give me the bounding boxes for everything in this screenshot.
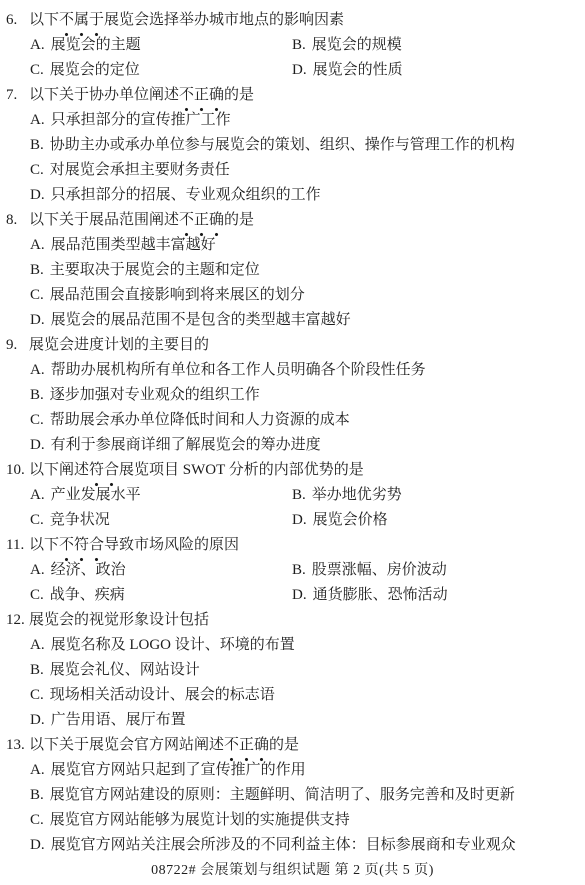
question-block: 10.以下阐述符合展览项目 SWOT 分析的内部优势的是A.产业发展水平B.举办… [0, 458, 585, 533]
option-text: 帮助展会承办单位降低时间和人力资源的成本 [50, 412, 350, 428]
question-stem: 10.以下阐述符合展览项目 SWOT 分析的内部优势的是 [0, 458, 585, 483]
option-row: B.协助主办或承办单位参与展览会的策划、组织、操作与管理工作的机构 [0, 133, 585, 158]
option-text: 有利于参展商详细了解展览会的筹办进度 [51, 437, 321, 453]
stem-pre-text: 以下阐述 [29, 462, 89, 478]
option-label: D. [292, 587, 307, 603]
option-c: C.帮助展会承办单位降低时间和人力资源的成本 [30, 412, 350, 428]
question-stem-text: 以下关于协办单位阐述不正确的是 [29, 87, 254, 103]
option-label: B. [30, 662, 44, 678]
option-label: B. [30, 262, 44, 278]
option-row: C.帮助展会承办单位降低时间和人力资源的成本 [0, 408, 585, 433]
question-block: 13.以下关于展览会官方网站阐述不正确的是A.展览官方网站只起到了宣传推广的作用… [0, 733, 585, 858]
option-c: C.展览官方网站能够为展览计划的实施提供支持 [30, 812, 350, 828]
option-b: B.主要取决于展览会的主题和定位 [30, 262, 260, 278]
option-label: A. [30, 112, 45, 128]
option-label: B. [30, 787, 44, 803]
option-text: 展览会的主题 [51, 37, 141, 53]
option-label: C. [30, 687, 44, 703]
option-row: D.展览会的展品范围不是包含的类型越丰富越好 [0, 308, 585, 333]
question-number: 7. [6, 83, 29, 108]
option-text: 只承担部分的宣传推广工作 [51, 112, 231, 128]
option-row: A.经济、政治B.股票涨幅、房价波动 [0, 558, 585, 583]
page-footer: 08722# 会展策划与组织试题 第 2 页(共 5 页) [0, 858, 585, 883]
option-text: 展览会的性质 [313, 62, 403, 78]
option-row: B.展览会礼仪、网站设计 [0, 658, 585, 683]
exam-page: 6.以下不属于展览会选择举办城市地点的影响因素A.展览会的主题B.展览会的规模C… [0, 0, 585, 885]
option-d: D.展览会价格 [292, 512, 388, 528]
option-text: 展览会的展品范围不是包含的类型越丰富越好 [51, 312, 351, 328]
option-row: C.展品范围会直接影响到将来展区的划分 [0, 283, 585, 308]
option-d: D.展览会的展品范围不是包含的类型越丰富越好 [30, 312, 351, 328]
stem-post-text: 导致市场风险的原因 [104, 537, 239, 553]
option-b: B.展览会礼仪、网站设计 [30, 662, 200, 678]
option-text: 展览会的定位 [50, 62, 140, 78]
stem-pre-text: 展览会进度计划的主要目的 [29, 337, 209, 353]
option-label: C. [30, 512, 44, 528]
option-text: 展览会礼仪、网站设计 [50, 662, 200, 678]
option-text: 只承担部分的招展、专业观众组织的工作 [51, 187, 321, 203]
option-row: A.展览会的主题B.展览会的规模 [0, 33, 585, 58]
question-stem: 13.以下关于展览会官方网站阐述不正确的是 [0, 733, 585, 758]
option-label: D. [30, 437, 45, 453]
option-d: D.广告用语、展厅布置 [30, 712, 186, 728]
option-text: 协助主办或承办单位参与展览会的策划、组织、操作与管理工作的机构 [50, 137, 515, 153]
option-a: A.展览会的主题 [30, 33, 292, 58]
question-list: 6.以下不属于展览会选择举办城市地点的影响因素A.展览会的主题B.展览会的规模C… [0, 8, 585, 858]
option-label: A. [30, 562, 45, 578]
option-b: B.股票涨幅、房价波动 [292, 562, 447, 578]
option-c: C.对展览会承担主要财务责任 [30, 162, 230, 178]
option-label: D. [30, 712, 45, 728]
option-row: D.只承担部分的招展、专业观众组织的工作 [0, 183, 585, 208]
option-label: D. [30, 187, 45, 203]
footer-text: 08722# 会展策划与组织试题 第 2 页(共 5 页) [151, 863, 434, 878]
option-text: 现场相关活动设计、展会的标志语 [50, 687, 275, 703]
question-number: 11. [6, 533, 29, 558]
option-a: A.展览名称及 LOGO 设计、环境的布置 [30, 637, 295, 653]
option-label: C. [30, 587, 44, 603]
option-row: A.产业发展水平B.举办地优劣势 [0, 483, 585, 508]
option-label: A. [30, 37, 45, 53]
question-block: 12.展览会的视觉形象设计包括A.展览名称及 LOGO 设计、环境的布置B.展览… [0, 608, 585, 733]
question-stem: 9.展览会进度计划的主要目的 [0, 333, 585, 358]
option-label: C. [30, 162, 44, 178]
option-row: B.逐步加强对专业观众的组织工作 [0, 383, 585, 408]
option-text: 主要取决于展览会的主题和定位 [50, 262, 260, 278]
question-number: 8. [6, 208, 29, 233]
question-number: 12. [6, 608, 29, 633]
question-stem-text: 展览会进度计划的主要目的 [29, 337, 209, 353]
option-row: B.展览官方网站建设的原则：主题鲜明、简洁明了、服务完善和及时更新 [0, 783, 585, 808]
question-block: 7.以下关于协办单位阐述不正确的是A.只承担部分的宣传推广工作B.协助主办或承办… [0, 83, 585, 208]
option-label: D. [30, 837, 45, 853]
option-row: A.展览官方网站只起到了宣传推广的作用 [0, 758, 585, 783]
option-row: A.帮助办展机构所有单位和各工作人员明确各个阶段性任务 [0, 358, 585, 383]
option-a: A.展品范围类型越丰富越好 [30, 237, 216, 253]
option-d: D.展览官方网站关注展会所涉及的不同利益主体：目标参展商和专业观众 [30, 837, 516, 853]
option-label: C. [30, 812, 44, 828]
option-label: A. [30, 362, 45, 378]
option-text: 逐步加强对专业观众的组织工作 [50, 387, 260, 403]
option-row: D.有利于参展商详细了解展览会的筹办进度 [0, 433, 585, 458]
option-b: B.展览官方网站建设的原则：主题鲜明、简洁明了、服务完善和及时更新 [30, 787, 515, 803]
option-label: A. [30, 762, 45, 778]
option-label: B. [30, 137, 44, 153]
option-c: C.现场相关活动设计、展会的标志语 [30, 687, 275, 703]
option-text: 举办地优劣势 [312, 487, 402, 503]
option-a: A.帮助办展机构所有单位和各工作人员明确各个阶段性任务 [30, 362, 426, 378]
option-row: A.展览名称及 LOGO 设计、环境的布置 [0, 633, 585, 658]
question-stem: 8.以下关于展品范围阐述不正确的是 [0, 208, 585, 233]
option-row: C.展览会的定位D.展览会的性质 [0, 58, 585, 83]
stem-pre-text: 以下 [29, 12, 59, 28]
question-block: 6.以下不属于展览会选择举办城市地点的影响因素A.展览会的主题B.展览会的规模C… [0, 8, 585, 83]
option-label: B. [292, 487, 306, 503]
stem-pre-text: 以下关于展览会官方网站阐述 [29, 737, 224, 753]
option-label: D. [30, 312, 45, 328]
option-row: D.展览官方网站关注展会所涉及的不同利益主体：目标参展商和专业观众 [0, 833, 585, 858]
question-stem: 11.以下不符合导致市场风险的原因 [0, 533, 585, 558]
option-text: 展品范围会直接影响到将来展区的划分 [50, 287, 305, 303]
question-stem-text: 以下阐述符合展览项目 SWOT 分析的内部优势的是 [29, 462, 364, 478]
question-block: 11.以下不符合导致市场风险的原因A.经济、政治B.股票涨幅、房价波动C.战争、… [0, 533, 585, 608]
stem-post-text: 的是 [224, 212, 254, 228]
stem-pre-text: 展览会的视觉形象设计包括 [29, 612, 209, 628]
question-number: 10. [6, 458, 29, 483]
option-text: 展品范围类型越丰富越好 [51, 237, 216, 253]
option-d: D.只承担部分的招展、专业观众组织的工作 [30, 187, 321, 203]
option-text: 对展览会承担主要财务责任 [50, 162, 230, 178]
option-label: C. [30, 412, 44, 428]
option-b: B.举办地优劣势 [292, 487, 402, 503]
option-text: 帮助办展机构所有单位和各工作人员明确各个阶段性任务 [51, 362, 426, 378]
option-label: B. [292, 37, 306, 53]
option-d: D.通货膨胀、恐怖活动 [292, 587, 448, 603]
option-c: C.战争、疾病 [30, 583, 292, 608]
question-block: 8.以下关于展品范围阐述不正确的是A.展品范围类型越丰富越好B.主要取决于展览会… [0, 208, 585, 333]
option-b: B.逐步加强对专业观众的组织工作 [30, 387, 260, 403]
option-text: 展览官方网站只起到了宣传推广的作用 [51, 762, 306, 778]
stem-pre-text: 以下关于协办单位阐述 [29, 87, 179, 103]
option-text: 展览官方网站能够为展览计划的实施提供支持 [50, 812, 350, 828]
question-stem-text: 以下关于展览会官方网站阐述不正确的是 [29, 737, 299, 753]
option-c: C.展览会的定位 [30, 58, 292, 83]
option-row: C.战争、疾病D.通货膨胀、恐怖活动 [0, 583, 585, 608]
option-c: C.展品范围会直接影响到将来展区的划分 [30, 287, 305, 303]
stem-pre-text: 以下关于展品范围阐述 [29, 212, 179, 228]
question-stem: 12.展览会的视觉形象设计包括 [0, 608, 585, 633]
question-number: 6. [6, 8, 29, 33]
option-b: B.协助主办或承办单位参与展览会的策划、组织、操作与管理工作的机构 [30, 137, 515, 153]
question-stem-text: 以下不符合导致市场风险的原因 [29, 537, 239, 553]
option-text: 股票涨幅、房价波动 [312, 562, 447, 578]
stem-post-text: 的是 [224, 87, 254, 103]
option-text: 展览名称及 LOGO 设计、环境的布置 [51, 637, 295, 653]
option-row: A.只承担部分的宣传推广工作 [0, 108, 585, 133]
stem-pre-text: 以下 [29, 537, 59, 553]
option-label: B. [292, 562, 306, 578]
option-row: C.对展览会承担主要财务责任 [0, 158, 585, 183]
option-text: 展览会的规模 [312, 37, 402, 53]
option-text: 展览官方网站关注展会所涉及的不同利益主体：目标参展商和专业观众 [51, 837, 516, 853]
stem-post-text: 的是 [269, 737, 299, 753]
option-b: B.展览会的规模 [292, 37, 402, 53]
option-label: B. [30, 387, 44, 403]
question-stem-text: 以下不属于展览会选择举办城市地点的影响因素 [29, 12, 344, 28]
option-a: A.展览官方网站只起到了宣传推广的作用 [30, 762, 306, 778]
option-a: A.只承担部分的宣传推广工作 [30, 112, 231, 128]
option-label: C. [30, 62, 44, 78]
option-text: 战争、疾病 [50, 587, 125, 603]
option-text: 产业发展水平 [51, 487, 141, 503]
option-text: 展览官方网站建设的原则：主题鲜明、简洁明了、服务完善和及时更新 [50, 787, 515, 803]
option-label: A. [30, 637, 45, 653]
option-text: 展览会价格 [313, 512, 388, 528]
option-row: C.现场相关活动设计、展会的标志语 [0, 683, 585, 708]
option-label: A. [30, 237, 45, 253]
stem-post-text: 展览会选择举办城市地点的影响因素 [104, 12, 344, 28]
question-stem: 7.以下关于协办单位阐述不正确的是 [0, 83, 585, 108]
question-stem-text: 以下关于展品范围阐述不正确的是 [29, 212, 254, 228]
option-text: 竞争状况 [50, 512, 110, 528]
option-a: A.产业发展水平 [30, 483, 292, 508]
option-label: C. [30, 287, 44, 303]
stem-post-text: 展览项目 SWOT 分析的内部优势的是 [119, 462, 364, 478]
question-block: 9.展览会进度计划的主要目的A.帮助办展机构所有单位和各工作人员明确各个阶段性任… [0, 333, 585, 458]
question-number: 13. [6, 733, 29, 758]
question-stem: 6.以下不属于展览会选择举办城市地点的影响因素 [0, 8, 585, 33]
option-d: D.有利于参展商详细了解展览会的筹办进度 [30, 437, 321, 453]
option-row: B.主要取决于展览会的主题和定位 [0, 258, 585, 283]
option-a: A.经济、政治 [30, 558, 292, 583]
option-text: 通货膨胀、恐怖活动 [313, 587, 448, 603]
option-c: C.竞争状况 [30, 508, 292, 533]
option-text: 经济、政治 [51, 562, 126, 578]
question-stem-text: 展览会的视觉形象设计包括 [29, 612, 209, 628]
option-label: A. [30, 487, 45, 503]
question-number: 9. [6, 333, 29, 358]
option-row: D.广告用语、展厅布置 [0, 708, 585, 733]
option-d: D.展览会的性质 [292, 62, 403, 78]
option-label: D. [292, 512, 307, 528]
option-label: D. [292, 62, 307, 78]
option-row: C.竞争状况D.展览会价格 [0, 508, 585, 533]
option-text: 广告用语、展厅布置 [51, 712, 186, 728]
option-row: A.展品范围类型越丰富越好 [0, 233, 585, 258]
option-row: C.展览官方网站能够为展览计划的实施提供支持 [0, 808, 585, 833]
